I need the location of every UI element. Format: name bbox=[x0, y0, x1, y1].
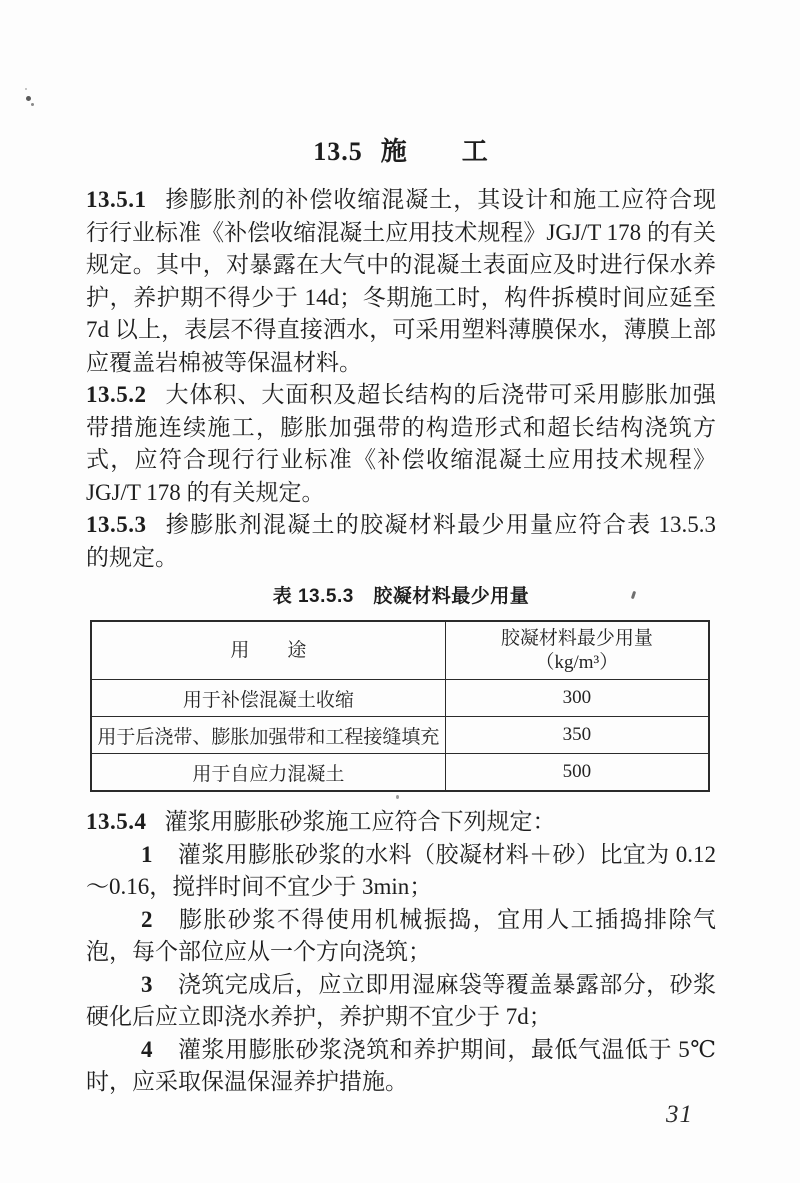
page-number: 31 bbox=[666, 1101, 693, 1129]
section-title-text: 施 工 bbox=[381, 137, 489, 166]
cement-minimum-table: 用 途 胶凝材料最少用量 （kg/m³） 用于补偿混凝土收缩 300 用于后浇带… bbox=[90, 620, 710, 792]
item-number: 1 bbox=[141, 842, 153, 867]
page-content: 13.5施 工 13.5.1掺膨胀剂的补偿收缩混凝土，其设计和施工应符合现行行业… bbox=[86, 0, 716, 1099]
cell-amount: 300 bbox=[445, 680, 709, 717]
scan-speck bbox=[25, 88, 27, 90]
item-number: 4 bbox=[141, 1037, 153, 1062]
section-title-number: 13.5 bbox=[313, 137, 363, 166]
clause-13-5-4: 13.5.4灌浆用膨胀砂浆施工应符合下列规定： bbox=[86, 806, 716, 839]
clause-text: 掺膨胀剂混凝土的胶凝材料最少用量应符合表 13.5.3 的规定。 bbox=[86, 512, 716, 570]
item-text: 灌浆用膨胀砂浆浇筑和养护期间，最低气温低于 5℃时，应采取保温保湿养护措施。 bbox=[86, 1037, 716, 1095]
table-row: 用于自应力混凝土 500 bbox=[91, 754, 709, 792]
clause-13-5-3: 13.5.3掺膨胀剂混凝土的胶凝材料最少用量应符合表 13.5.3 的规定。 bbox=[86, 509, 716, 574]
clause-number: 13.5.3 bbox=[86, 512, 147, 537]
cell-use: 用于后浇带、膨胀加强带和工程接缝填充 bbox=[91, 717, 445, 754]
cell-use: 用于自应力混凝土 bbox=[91, 754, 445, 792]
cell-amount: 350 bbox=[445, 717, 709, 754]
table-header-amount-line2: （kg/m³） bbox=[448, 651, 706, 675]
list-item-4: 4灌浆用膨胀砂浆浇筑和养护期间，最低气温低于 5℃时，应采取保温保湿养护措施。 bbox=[86, 1034, 716, 1099]
table-header-use: 用 途 bbox=[91, 621, 445, 680]
clause-number: 13.5.1 bbox=[86, 187, 147, 212]
table-row: 用于后浇带、膨胀加强带和工程接缝填充 350 bbox=[91, 717, 709, 754]
clause-text: 掺膨胀剂的补偿收缩混凝土，其设计和施工应符合现行行业标准《补偿收缩混凝土应用技术… bbox=[86, 187, 716, 375]
item-text: 灌浆用膨胀砂浆的水料（胶凝材料＋砂）比宜为 0.12～0.16，搅拌时间不宜少于… bbox=[86, 842, 716, 900]
table-header-row: 用 途 胶凝材料最少用量 （kg/m³） bbox=[91, 621, 709, 680]
clause-13-5-1: 13.5.1掺膨胀剂的补偿收缩混凝土，其设计和施工应符合现行行业标准《补偿收缩混… bbox=[86, 184, 716, 379]
clause-text: 大体积、大面积及超长结构的后浇带可采用膨胀加强带措施连续施工，膨胀加强带的构造形… bbox=[86, 382, 716, 505]
scan-speck bbox=[26, 96, 31, 101]
item-text: 膨胀砂浆不得使用机械振捣，宜用人工插捣排除气泡，每个部位应从一个方向浇筑； bbox=[86, 907, 716, 965]
table-row: 用于补偿混凝土收缩 300 bbox=[91, 680, 709, 717]
scan-speck bbox=[31, 103, 34, 106]
clause-13-5-2: 13.5.2大体积、大面积及超长结构的后浇带可采用膨胀加强带措施连续施工，膨胀加… bbox=[86, 379, 716, 509]
item-text: 浇筑完成后，应立即用湿麻袋等覆盖暴露部分，砂浆硬化后应立即浇水养护，养护期不宜少… bbox=[86, 972, 716, 1030]
clause-text: 灌浆用膨胀砂浆施工应符合下列规定： bbox=[165, 809, 556, 834]
cell-use: 用于补偿混凝土收缩 bbox=[91, 680, 445, 717]
table-caption: 表 13.5.3 胶凝材料最少用量 bbox=[86, 585, 716, 609]
table-header-amount: 胶凝材料最少用量 （kg/m³） bbox=[445, 621, 709, 680]
section-title: 13.5施 工 bbox=[86, 137, 716, 167]
item-number: 3 bbox=[141, 972, 153, 997]
cell-amount: 500 bbox=[445, 754, 709, 792]
list-item-1: 1灌浆用膨胀砂浆的水料（胶凝材料＋砂）比宜为 0.12～0.16，搅拌时间不宜少… bbox=[86, 839, 716, 904]
list-item-3: 3浇筑完成后，应立即用湿麻袋等覆盖暴露部分，砂浆硬化后应立即浇水养护，养护期不宜… bbox=[86, 969, 716, 1034]
document-page: 13.5施 工 13.5.1掺膨胀剂的补偿收缩混凝土，其设计和施工应符合现行行业… bbox=[0, 0, 800, 1183]
clause-number: 13.5.2 bbox=[86, 382, 147, 407]
list-item-2: 2膨胀砂浆不得使用机械振捣，宜用人工插捣排除气泡，每个部位应从一个方向浇筑； bbox=[86, 904, 716, 969]
table-header-amount-line1: 胶凝材料最少用量 bbox=[448, 627, 706, 651]
item-number: 2 bbox=[141, 907, 153, 932]
clause-number: 13.5.4 bbox=[86, 809, 147, 834]
